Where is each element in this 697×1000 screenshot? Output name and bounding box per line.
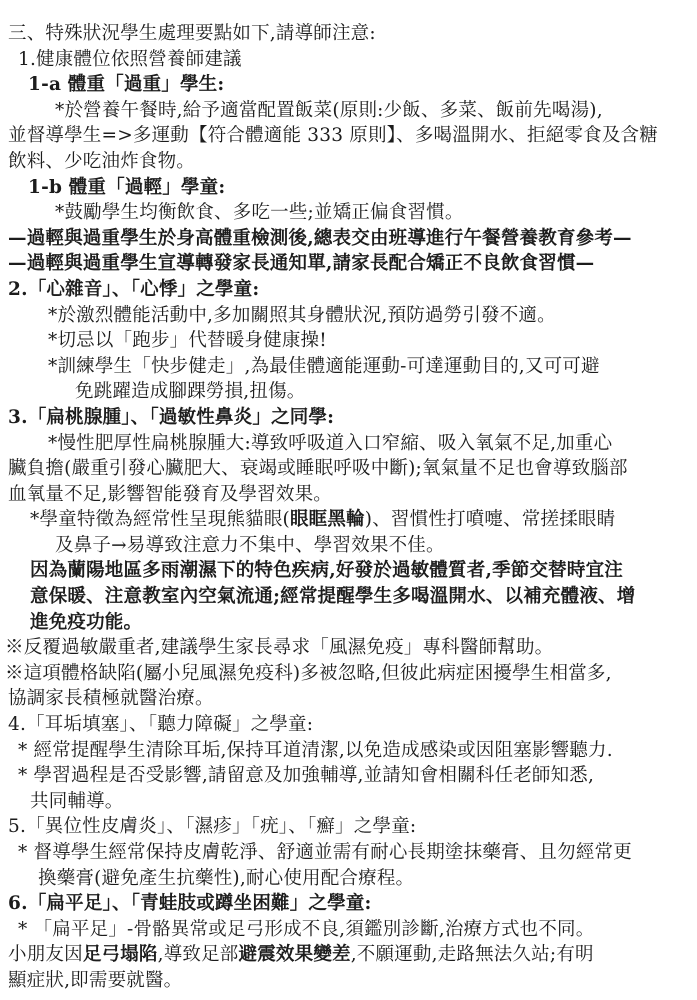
text-segment: 意保暖、注意教室內空氣流通;經常提醒學生多喝溫開水、以補充體液、增	[30, 586, 635, 607]
text-segment: 小朋友因	[8, 944, 83, 965]
text-segment: *慢性肥厚性扁桃腺腫大:導致呼吸道入口窄縮、吸入氧氣不足,加重心	[48, 433, 612, 454]
text-line: * 學習過程是否受影響,請留意及加強輔導,並請知會相關科任老師知悉,	[0, 763, 697, 789]
text-line: * 經常提醒學生清除耳垢,保持耳道清潔,以免造成感染或因阻塞影響聽力.	[0, 738, 697, 764]
text-segment: 臟負擔(嚴重引發心臟肥大、衰竭或睡眠呼吸中斷);氧氣量不足也會導致腦部	[8, 458, 628, 479]
text-segment: 協調家長積極就醫治療。	[8, 688, 214, 709]
text-segment: 免跳躍造成腳踝勞損,扭傷。	[75, 381, 305, 402]
text-line: 1-b 體重「過輕」學童:	[0, 175, 697, 201]
text-line: 因為蘭陽地區多雨潮濕下的特色疾病,好發於過敏體質者,季節交替時宜注	[0, 558, 697, 584]
text-segment: * 經常提醒學生清除耳垢,保持耳道清潔,以免造成感染或因阻塞影響聽力.	[18, 740, 613, 761]
text-line: *訓練學生「快步健走」,為最佳體適能運動-可達運動目的,又可可避	[0, 354, 697, 380]
text-segment: 1.健康體位依照營養師建議	[18, 49, 242, 70]
text-segment: 飲料、少吃油炸食物。	[8, 151, 195, 172]
text-segment: * 「扁平足」-骨骼異常或足弓形成不良,須鑑別診斷,治療方式也不同。	[18, 919, 594, 940]
text-line: 4.「耳垢填塞」、「聽力障礙」之學童:	[0, 712, 697, 738]
text-segment: 3.「扁桃腺腫」、「過敏性鼻炎」之同學:	[8, 407, 334, 428]
text-line: *於激烈體能活動中,多加關照其身體狀況,預防過勞引發不適。	[0, 303, 697, 329]
text-line: 小朋友因足弓塌陷,導致足部避震效果變差,不願運動,走路無法久站;有明	[0, 942, 697, 968]
text-line: 1.健康體位依照營養師建議	[0, 47, 697, 73]
text-line: 1-a 體重「過重」學生:	[0, 72, 697, 98]
text-line: 及鼻子→易導致注意力不集中、學習效果不佳。	[0, 533, 697, 559]
text-segment: ※反覆過敏嚴重者,建議學生家長尋求「風濕免疫」專科醫師幫助。	[5, 637, 553, 658]
text-line: *學童特徵為經常性呈現熊貓眼(眼眶黑輪)、習慣性打噴嚏、常搓揉眼睛	[0, 507, 697, 533]
text-segment: 換藥膏(避免產生抗藥性),耐心使用配合療程。	[38, 868, 414, 889]
text-segment: 及鼻子→易導致注意力不集中、學習效果不佳。	[55, 535, 445, 556]
text-segment: *於營養午餐時,給予適當配置飯菜(原則:少飯、多菜、飯前先喝湯),	[55, 100, 603, 121]
text-line: 2.「心雜音」、「心悸」之學童:	[0, 277, 697, 303]
text-line: 顯症狀,即需要就醫。	[0, 968, 697, 994]
text-line: 臟負擔(嚴重引發心臟肥大、衰竭或睡眠呼吸中斷);氧氣量不足也會導致腦部	[0, 456, 697, 482]
text-line: 免跳躍造成腳踝勞損,扭傷。	[0, 379, 697, 405]
text-segment: *學童特徵為經常性呈現熊貓眼(	[30, 509, 290, 530]
text-segment: 4.「耳垢填塞」、「聽力障礙」之學童:	[8, 714, 313, 735]
text-line: *慢性肥厚性扁桃腺腫大:導致呼吸道入口窄縮、吸入氧氣不足,加重心	[0, 431, 697, 457]
text-line: ※這項體格缺陷(屬小兒風濕免疫科)多被忽略,但彼此病症困擾學生相當多,	[0, 661, 697, 687]
text-line: —過輕與過重學生宣導轉發家長通知單,請家長配合矯正不良飲食習慣—	[0, 251, 697, 277]
text-line: 進免疫功能。	[0, 610, 697, 636]
text-line: *鼓勵學生均衡飲食、多吃一些;並矯正偏食習慣。	[0, 200, 697, 226]
text-segment: 2.「心雜音」、「心悸」之學童:	[8, 279, 259, 300]
text-line: 換藥膏(避免產生抗藥性),耐心使用配合療程。	[0, 866, 697, 892]
text-line: 5.「異位性皮膚炎」、「濕疹」「疣」、「癬」之學童:	[0, 814, 697, 840]
text-segment: —過輕與過重學生宣導轉發家長通知單,請家長配合矯正不良飲食習慣—	[8, 253, 594, 274]
text-segment: 三、特殊狀況學生處理要點如下,請導師注意:	[8, 23, 376, 44]
text-segment: *訓練學生「快步健走」,為最佳體適能運動-可達運動目的,又可可避	[48, 356, 600, 377]
text-line: 三、特殊狀況學生處理要點如下,請導師注意:	[0, 21, 697, 47]
text-segment: )、習慣性打噴嚏、常搓揉眼睛	[365, 509, 616, 530]
text-segment: ,不願運動,走路無法久站;有明	[351, 944, 594, 965]
text-segment: *切忌以「跑步」代替暖身健康操!	[48, 330, 327, 351]
text-segment: * 學習過程是否受影響,請留意及加強輔導,並請知會相關科任老師知悉,	[18, 765, 594, 786]
text-segment: 進免疫功能。	[30, 612, 142, 633]
text-segment: —過輕與過重學生於身高體重檢測後,總表交由班導進行午餐營養教育參考—	[8, 228, 632, 249]
text-line: 3.「扁桃腺腫」、「過敏性鼻炎」之同學:	[0, 405, 697, 431]
text-segment: ,導致足部	[158, 944, 239, 965]
document-body: 三、特殊狀況學生處理要點如下,請導師注意:1.健康體位依照營養師建議1-a 體重…	[0, 21, 697, 994]
text-segment: * 督導學生經常保持皮膚乾淨、舒適並需有耐心長期塗抹藥膏、且勿經常更	[18, 842, 632, 863]
text-segment: 足弓塌陷	[83, 944, 158, 965]
text-segment: 共同輔導。	[30, 791, 124, 812]
text-segment: ※這項體格缺陷(屬小兒風濕免疫科)多被忽略,但彼此病症困擾學生相當多,	[5, 663, 612, 684]
text-segment: *於激烈體能活動中,多加關照其身體狀況,預防過勞引發不適。	[48, 305, 556, 326]
text-line: 共同輔導。	[0, 789, 697, 815]
text-segment: 1-b 體重「過輕」學童:	[28, 177, 225, 198]
text-segment: 避震效果變差	[239, 944, 351, 965]
text-line: * 督導學生經常保持皮膚乾淨、舒適並需有耐心長期塗抹藥膏、且勿經常更	[0, 840, 697, 866]
text-segment: 因為蘭陽地區多雨潮濕下的特色疾病,好發於過敏體質者,季節交替時宜注	[30, 560, 623, 581]
text-line: *於營養午餐時,給予適當配置飯菜(原則:少飯、多菜、飯前先喝湯),	[0, 98, 697, 124]
text-line: 飲料、少吃油炸食物。	[0, 149, 697, 175]
text-segment: 眼眶黑輪	[290, 509, 365, 530]
text-segment: 5.「異位性皮膚炎」、「濕疹」「疣」、「癬」之學童:	[8, 816, 416, 837]
text-segment: 血氧量不足,影響智能發育及學習效果。	[8, 484, 332, 505]
text-line: 並督導學生=>多運動【符合體適能 333 原則】、多喝溫開水、拒絕零食及含糖	[0, 123, 697, 149]
text-line: 6.「扁平足」、「青蛙肢或蹲坐困難」之學童:	[0, 891, 697, 917]
text-line: *切忌以「跑步」代替暖身健康操!	[0, 328, 697, 354]
text-segment: 顯症狀,即需要就醫。	[8, 970, 182, 991]
text-segment: 6.「扁平足」、「青蛙肢或蹲坐困難」之學童:	[8, 893, 372, 914]
text-segment: 並督導學生=>多運動【符合體適能 333 原則】、多喝溫開水、拒絕零食及含糖	[8, 125, 658, 146]
text-line: 血氧量不足,影響智能發育及學習效果。	[0, 482, 697, 508]
text-segment: 1-a 體重「過重」學生:	[28, 74, 224, 95]
text-line: * 「扁平足」-骨骼異常或足弓形成不良,須鑑別診斷,治療方式也不同。	[0, 917, 697, 943]
text-line: ※反覆過敏嚴重者,建議學生家長尋求「風濕免疫」專科醫師幫助。	[0, 635, 697, 661]
text-segment: *鼓勵學生均衡飲食、多吃一些;並矯正偏食習慣。	[55, 202, 464, 223]
text-line: 協調家長積極就醫治療。	[0, 686, 697, 712]
text-line: 意保暖、注意教室內空氣流通;經常提醒學生多喝溫開水、以補充體液、增	[0, 584, 697, 610]
document-page: 三、特殊狀況學生處理要點如下,請導師注意:1.健康體位依照營養師建議1-a 體重…	[0, 0, 697, 1000]
text-line: —過輕與過重學生於身高體重檢測後,總表交由班導進行午餐營養教育參考—	[0, 226, 697, 252]
